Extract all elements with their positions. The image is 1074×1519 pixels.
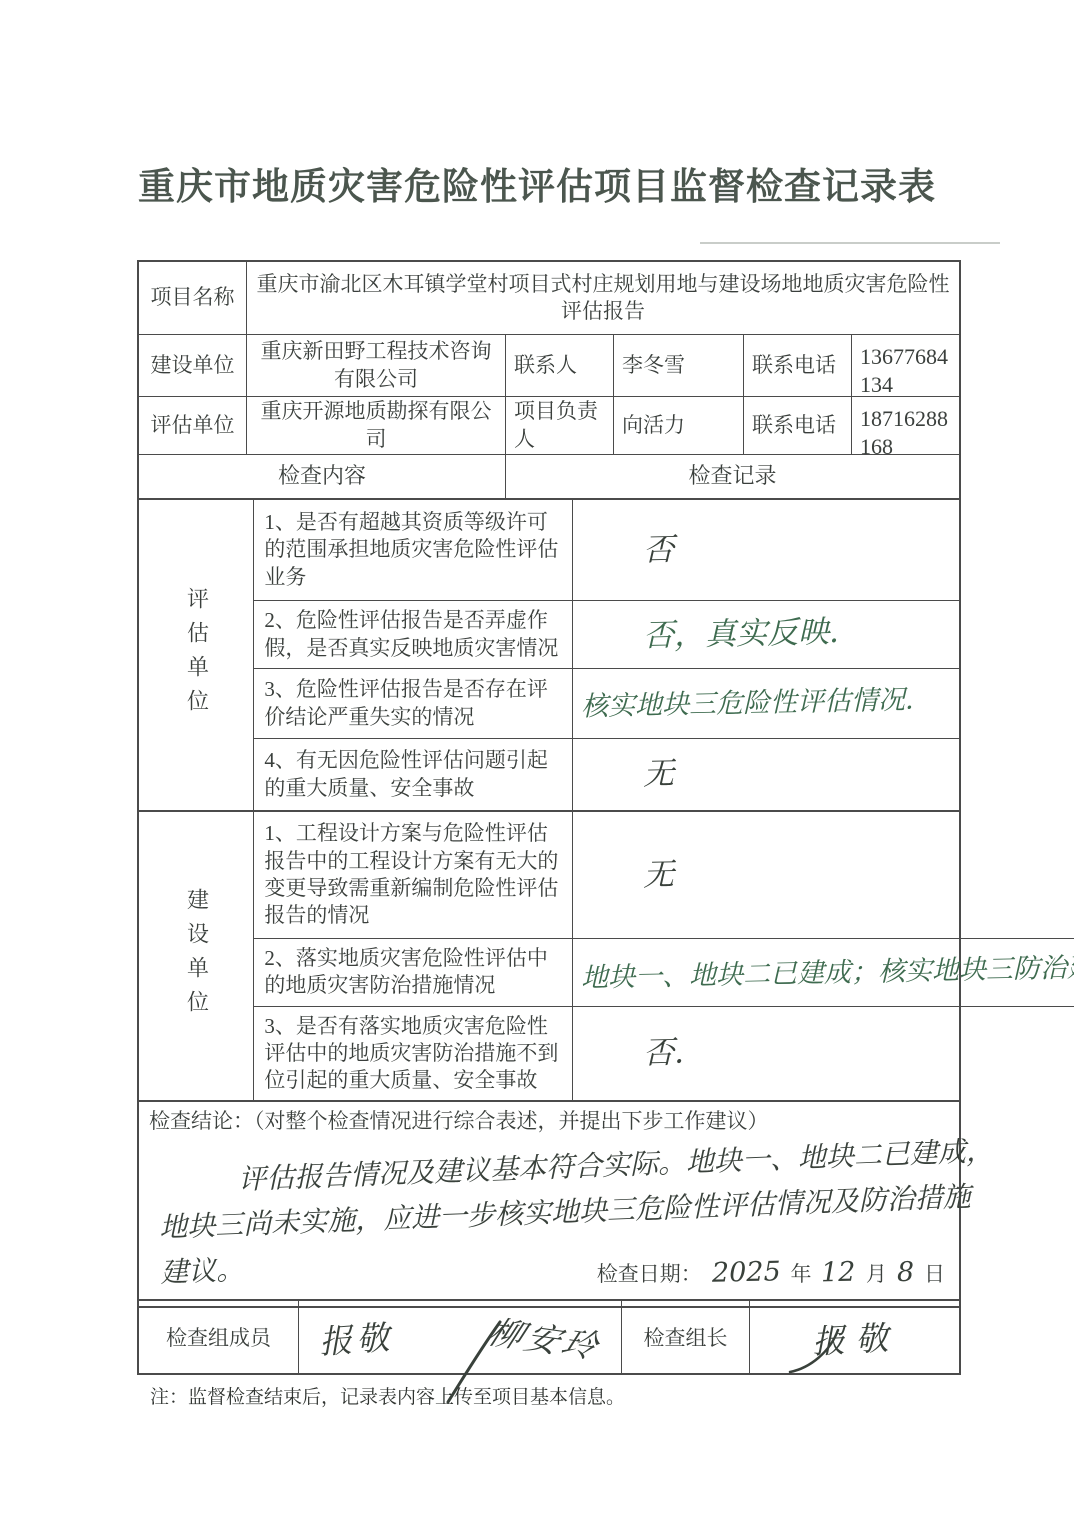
- inspection-date-line: 检查日期： 2025 年 12 月 8 日: [597, 1255, 945, 1290]
- handwritten-answer: 否: [643, 530, 675, 571]
- footer-note: 注：监督检查结束后，记录表内容上传至项目基本信息。: [150, 1382, 625, 1409]
- year-label: 年: [790, 1261, 811, 1288]
- contact-name: 李冬雪: [613, 335, 743, 396]
- inspection-date-label: 检查日期：: [597, 1261, 702, 1288]
- section-assessment-unit-label-cell: 评估单位: [139, 500, 253, 810]
- check-content-header: 检查内容: [139, 455, 505, 498]
- check-item-row: 3、危险性评估报告是否存在评价结论严重失实的情况 核实地块三危险性评估情况.: [254, 668, 959, 738]
- project-name-value: 重庆市渝北区木耳镇学堂村项目式村庄规划用地与建设场地地质灾害危险性评估报告: [246, 262, 959, 334]
- leader-label: 检查组长: [621, 1301, 749, 1373]
- project-name-label: 项目名称: [139, 262, 246, 334]
- check-item-row: 4、有无因危险性评估问题引起的重大质量、安全事故 无: [254, 738, 959, 810]
- section-assessment-unit-label: 评估单位: [182, 587, 211, 723]
- handwritten-year: 2025: [711, 1255, 780, 1292]
- member-signature-1: 报敬: [317, 1311, 394, 1363]
- construction-unit-value: 重庆新田野工程技术咨询有限公司: [246, 335, 505, 396]
- member-signatures-cell: 报敬 柳安玲: [298, 1301, 621, 1373]
- section-construction-unit-label: 建设单位: [182, 888, 211, 1024]
- members-label: 检查组成员: [139, 1301, 298, 1373]
- assessment-unit-value: 重庆开源地质勘探有限公司: [246, 397, 505, 454]
- handwritten-answer: 无: [643, 855, 675, 896]
- handwritten-answer: 否.: [643, 1033, 685, 1074]
- section-assessment-unit: 评估单位 1、是否有超越其资质等级许可的范围承担地质灾害危险性评估业务 否 2、…: [139, 498, 959, 810]
- phone-label: 联系电话: [743, 335, 851, 396]
- month-label: 月: [866, 1261, 887, 1288]
- check-item-row: 1、是否有超越其资质等级许可的范围承担地质灾害危险性评估业务 否: [254, 500, 959, 600]
- check-item-row: 1、工程设计方案与危险性评估报告中的工程设计方案有无大的变更导致需重新编制危险性…: [254, 812, 1074, 938]
- check-record-header: 检查记录: [505, 455, 959, 498]
- construction-unit-label: 建设单位: [139, 335, 246, 396]
- handwritten-answer: 核实地块三危险性评估情况.: [581, 682, 914, 724]
- question-text: 2、危险性评估报告是否弄虚作假，是否真实反映地质灾害情况: [254, 601, 572, 668]
- signature-table: 检查组成员 报敬 柳安玲 检查组长 报敬: [137, 1299, 961, 1375]
- section-construction-unit-label-cell: 建设单位: [139, 812, 253, 1100]
- question-text: 3、是否有落实地质灾害危险性评估中的地质灾害防治措施不到位引起的重大质量、安全事…: [254, 1007, 572, 1101]
- handwritten-answer: 地块一、地块二已建成；核实地块三防治建议。: [581, 949, 1074, 996]
- scan-artifact-line: [700, 242, 1000, 244]
- handwritten-answer: 无: [643, 754, 675, 795]
- question-text: 2、落实地质灾害危险性评估中的地质灾害防治措施情况: [254, 939, 572, 1006]
- day-label: 日: [924, 1261, 945, 1288]
- phone-value-2: 18716288168: [851, 397, 959, 454]
- project-manager-name: 向活力: [613, 397, 743, 454]
- question-text: 1、工程设计方案与危险性评估报告中的工程设计方案有无大的变更导致需重新编制危险性…: [254, 812, 572, 938]
- question-text: 4、有无因危险性评估问题引起的重大质量、安全事故: [254, 739, 572, 810]
- handwritten-month: 12: [821, 1255, 856, 1291]
- contact-label: 联系人: [505, 335, 613, 396]
- phone-label-2: 联系电话: [743, 397, 851, 454]
- table-row-construction-unit: 建设单位 重庆新田野工程技术咨询有限公司 联系人 李冬雪 联系电话 136776…: [139, 334, 959, 396]
- assessment-unit-label: 评估单位: [139, 397, 246, 454]
- leader-signature-cell: 报敬: [749, 1301, 959, 1373]
- phone-value: 13677684134: [851, 335, 959, 396]
- conclusion-row: 检查结论：（对整个检查情况进行综合表述，并提出下步工作建议） 评估报告情况及建议…: [139, 1100, 959, 1306]
- section-construction-unit: 建设单位 1、工程设计方案与危险性评估报告中的工程设计方案有无大的变更导致需重新…: [139, 810, 959, 1100]
- project-manager-label: 项目负责人: [505, 397, 613, 454]
- question-text: 1、是否有超越其资质等级许可的范围承担地质灾害危险性评估业务: [254, 500, 572, 600]
- member-signature-2: 柳安玲: [482, 1307, 608, 1368]
- handwritten-day: 8: [896, 1255, 914, 1290]
- table-row-project-name: 项目名称 重庆市渝北区木耳镇学堂村项目式村庄规划用地与建设场地地质灾害危险性评估…: [139, 262, 959, 334]
- question-text: 3、危险性评估报告是否存在评价结论严重失实的情况: [254, 669, 572, 738]
- page-title: 重庆市地质灾害危险性评估项目监督检查记录表: [0, 156, 1074, 210]
- table-row-assessment-unit: 评估单位 重庆开源地质勘探有限公司 项目负责人 向活力 联系电话 1871628…: [139, 396, 959, 454]
- check-item-row: 2、落实地质灾害危险性评估中的地质灾害防治措施情况 地块一、地块二已建成；核实地…: [254, 938, 1074, 1006]
- conclusion-label: 检查结论：（对整个检查情况进行综合表述，并提出下步工作建议）: [149, 1108, 949, 1135]
- table-row-check-header: 检查内容 检查记录: [139, 454, 959, 498]
- handwritten-answer: 否，真实反映.: [643, 612, 840, 656]
- check-item-row: 2、危险性评估报告是否弄虚作假，是否真实反映地质灾害情况 否，真实反映.: [254, 600, 959, 668]
- check-item-row: 3、是否有落实地质灾害危险性评估中的地质灾害防治措施不到位引起的重大质量、安全事…: [254, 1006, 1074, 1101]
- inspection-record-table: 项目名称 重庆市渝北区木耳镇学堂村项目式村庄规划用地与建设场地地质灾害危险性评估…: [137, 260, 961, 1308]
- leader-signature: 报敬: [810, 1311, 898, 1362]
